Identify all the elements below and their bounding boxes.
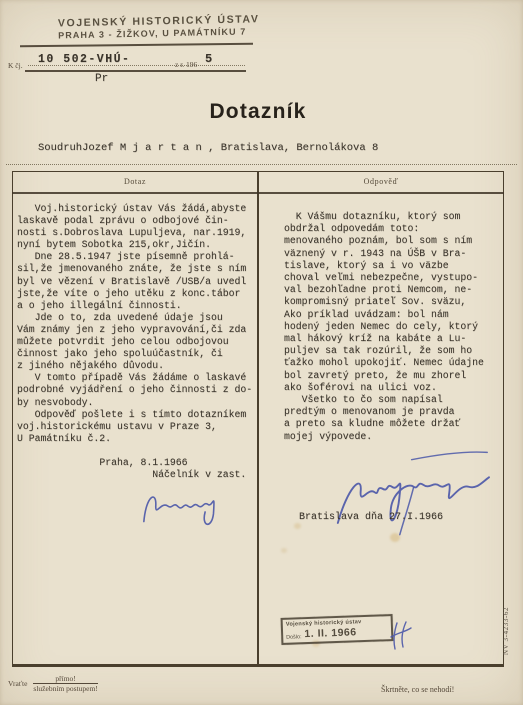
stamp-underline (20, 43, 253, 47)
form-code: NV 3-4233-62 (502, 607, 510, 655)
table-header-underline (12, 192, 504, 194)
receipt-stamp-date: 1. II. 1966 (304, 626, 357, 640)
signature-mjartan (315, 446, 500, 543)
column-header-dotaz: Dotaz (12, 177, 258, 186)
horizontal-dotted-rule (6, 163, 517, 165)
return-label: Vraťte (8, 679, 27, 688)
receipt-stamp: Vojenský historický ústav Došlo: 1. II. … (281, 614, 394, 645)
return-instruction: Vraťte přímo! služebním postupem! (8, 674, 98, 693)
addressee-line: SoudruhJozef M j a r t a n , Bratislava,… (38, 142, 378, 154)
question-text: Voj.historický ústav Vás žádá,abyste las… (17, 203, 256, 481)
answer-date: Bratislava dňa 27.I.1966 (299, 512, 443, 523)
strike-note: Škrtněte, co se nehodí! (381, 685, 454, 694)
return-option-sluzebnim: služebním postupem! (33, 684, 97, 693)
ref-year-label: z r. 196 (175, 60, 197, 69)
return-option-primo: přímo! (33, 674, 97, 684)
pen-checkmark (388, 620, 414, 652)
ref-label: K čj. (8, 61, 23, 70)
page-title: Dotazník (12, 100, 504, 124)
pr-note: Pr (95, 73, 108, 85)
ref-year-digit: 5 (205, 52, 212, 66)
institute-stamp: VOJENSKÝ HISTORICKÝ ÚSTAV PRAHA 3 - ŽIŽK… (58, 13, 293, 41)
table-column-divider (257, 171, 259, 667)
column-header-odpoved: Odpověď (258, 177, 504, 186)
receipt-stamp-label: Došlo: (286, 634, 301, 641)
scanned-questionnaire-document: VOJENSKÝ HISTORICKÝ ÚSTAV PRAHA 3 - ŽIŽK… (0, 0, 523, 705)
ref-underline (25, 70, 246, 72)
ref-number: 10 502-VHÚ- (38, 53, 130, 66)
answer-text: K Vášmu dotazníku, ktorý som obdržal odp… (284, 211, 503, 443)
